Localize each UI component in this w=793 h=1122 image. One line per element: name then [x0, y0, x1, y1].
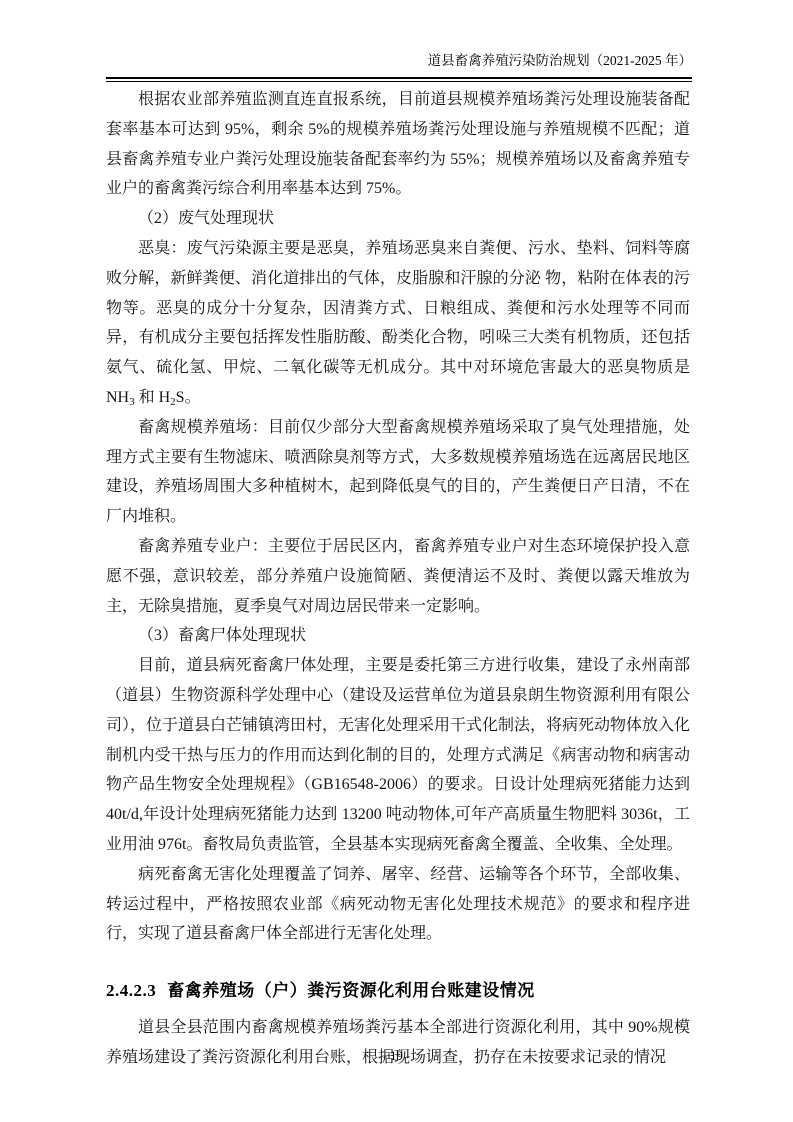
paragraph: 根据农业部养殖监测直连直报系统，目前道县规模养殖场粪污处理设施装备配套率基本可达…	[106, 85, 690, 204]
text-run: S。	[176, 389, 201, 406]
paragraph: 恶臭：废气污染源主要是恶臭，养殖场恶臭来自粪便、污水、垫料、饲料等腐败分解，新鲜…	[106, 234, 690, 413]
paragraph: （3）畜禽尸体处理现状	[106, 621, 690, 651]
header-rule	[106, 77, 692, 82]
paragraph: 畜禽规模养殖场：目前仅少部分大型畜禽规模养殖场采取了臭气处理措施，处理方式主要有…	[106, 413, 690, 532]
text-run: 畜禽规模养殖场：目前仅少部分大型畜禽规模养殖场采取了臭气处理措施，处理方式主要有…	[106, 419, 690, 525]
section-heading: 2.4.2.3畜禽养殖场（户）粪污资源化利用台账建设情况	[106, 977, 690, 1004]
text-run: 目前，道县病死畜禽尸体处理，主要是委托第三方进行收集，建设了永州南部（道县）生物…	[106, 657, 690, 853]
page-number: - 19 -	[383, 1049, 410, 1063]
text-run: 和 H	[135, 389, 171, 406]
section-heading-text: 畜禽养殖场（户）粪污资源化利用台账建设情况	[167, 981, 535, 1000]
text-run: 病死畜禽无害化处理覆盖了饲养、屠宰、经营、运输等各个环节，全部收集、转运过程中，…	[106, 866, 690, 943]
document-body: 根据农业部养殖监测直连直报系统，目前道县规模养殖场粪污处理设施装备配套率基本可达…	[106, 85, 690, 1073]
paragraph: 病死畜禽无害化处理覆盖了饲养、屠宰、经营、运输等各个环节，全部收集、转运过程中，…	[106, 860, 690, 949]
text-run: （2）废气处理现状	[138, 210, 274, 227]
header-title: 道县畜禽养殖污染防治规划（2021-2025 年）	[428, 53, 692, 68]
text-run: 恶臭：废气污染源主要是恶臭，养殖场恶臭来自粪便、污水、垫料、饲料等腐败分解，新鲜…	[106, 240, 690, 406]
page-footer: - 19 -	[0, 1049, 793, 1064]
document-page: 道县畜禽养殖污染防治规划（2021-2025 年） 根据农业部养殖监测直连直报系…	[0, 0, 793, 1122]
text-run: （3）畜禽尸体处理现状	[138, 627, 306, 644]
paragraph: 目前，道县病死畜禽尸体处理，主要是委托第三方进行收集，建设了永州南部（道县）生物…	[106, 651, 690, 860]
paragraph: （2）废气处理现状	[106, 204, 690, 234]
section-heading-number: 2.4.2.3	[106, 981, 156, 1000]
text-run: 根据农业部养殖监测直连直报系统，目前道县规模养殖场粪污处理设施装备配套率基本可达…	[106, 91, 690, 197]
paragraph: 畜禽养殖专业户：主要位于居民区内，畜禽养殖专业户对生态环境保护投入意愿不强，意识…	[106, 532, 690, 621]
text-run: 畜禽养殖专业户：主要位于居民区内，畜禽养殖专业户对生态环境保护投入意愿不强，意识…	[106, 538, 690, 615]
page-header: 道县畜禽养殖污染防治规划（2021-2025 年）	[106, 52, 692, 70]
